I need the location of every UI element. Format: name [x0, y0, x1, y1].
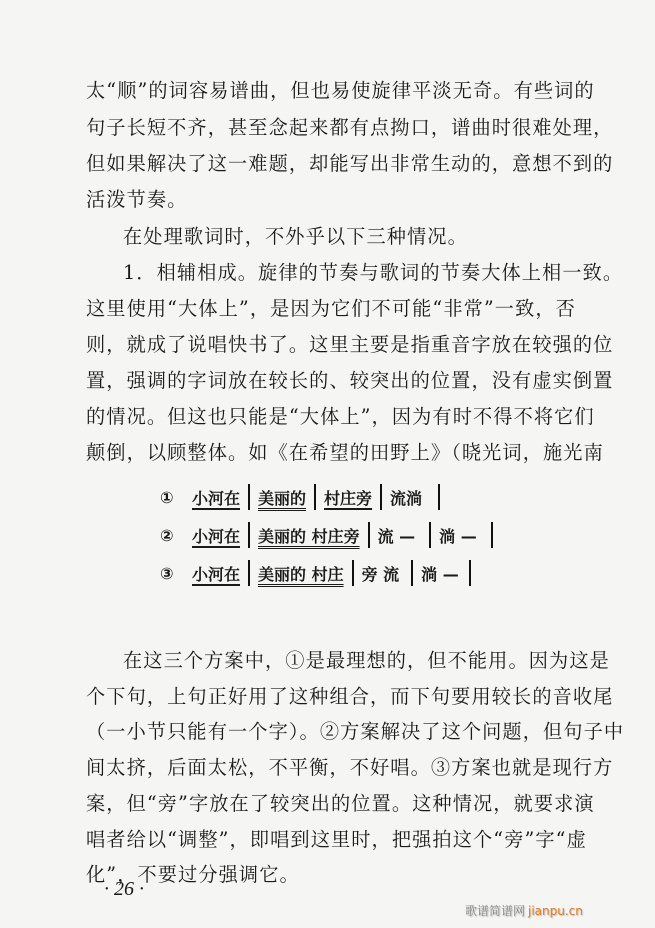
barline — [314, 484, 316, 510]
watermark-en: jianpu.cn — [528, 904, 583, 918]
scheme-3: ③ 小河在 美丽的 村庄 旁 流 淌 — — [160, 558, 475, 588]
bar-text: 小河在 — [192, 527, 240, 546]
text-line: 唱者给以“调整”，即唱到这里时，把强拍这个“旁”字“虚 — [86, 829, 586, 851]
text-line: 个下句，上句正好用了这种组合，而下句要用较长的音收尾 — [86, 686, 586, 708]
text-line: 则，就成了说唱快书了。这里主要是指重音字放在较强的位 — [86, 334, 586, 356]
barline — [380, 484, 382, 510]
scheme-number: ③ — [160, 564, 188, 583]
barline — [248, 560, 250, 586]
barline — [352, 560, 354, 586]
barline — [411, 560, 413, 586]
barline — [438, 484, 440, 510]
text-line: 在这三个方案中，①是最理想的，但不能用。因为这是 — [123, 650, 623, 672]
text-line: 在处理歌词时，不外乎以下三种情况。 — [123, 226, 623, 248]
bar-text: 流淌 — [390, 489, 422, 508]
bar-text: 村庄旁 — [324, 489, 372, 508]
scheme-number: ① — [160, 488, 188, 507]
bar-text: 淌 — — [421, 565, 459, 584]
text-line: 化”，不要过分强调它。 — [86, 864, 586, 886]
scheme-2: ② 小河在 美丽的 村庄旁 流 — 淌 — — [160, 520, 497, 550]
text-line: 太“顺”的词容易谱曲，但也易使旋律平淡无奇。有些词的 — [86, 80, 586, 102]
watermark-cn: 歌谱简谱网 — [465, 904, 525, 918]
watermark: 歌谱简谱网jianpu.cn — [465, 902, 583, 919]
barline — [248, 522, 250, 548]
bar-text: 小河在 — [192, 489, 240, 508]
barline — [429, 522, 431, 548]
text-line: 句子长短不齐，甚至念起来都有点拗口，谱曲时很难处理， — [86, 117, 586, 139]
text-line: 但如果解决了这一难题，却能写出非常生动的，意想不到的 — [86, 153, 586, 175]
text-line: 1．相辅相成。旋律的节奏与歌词的节奏大体上相一致。 — [123, 262, 623, 284]
text-line: 案，但“旁”字放在了较突出的位置。这种情况，就要求演 — [86, 793, 586, 815]
text-line: 活泼节奏。 — [86, 189, 586, 211]
text-line: （一小节只能有一个字）。②方案解决了这个问题，但句子中 — [86, 721, 586, 743]
barline — [248, 484, 250, 510]
text-line: 间太挤，后面太松，不平衡，不好唱。③方案也就是现行方 — [86, 757, 586, 779]
book-page: 太“顺”的词容易谱曲，但也易使旋律平淡无奇。有些词的 句子长短不齐，甚至念起来都… — [0, 0, 655, 928]
bar-text: 美丽的 — [258, 489, 306, 508]
bar-text: 流 — — [378, 527, 416, 546]
text-line: 颠倒，以顾整体。如《在希望的田野上》（晓光词，施光南 — [86, 442, 586, 464]
text-line: 置，强调的字词放在较长的、较突出的位置，没有虚实倒置 — [86, 370, 586, 392]
page-number: · 26 · — [104, 878, 144, 901]
scheme-1: ① 小河在 美丽的 村庄旁 流淌 — [160, 482, 444, 512]
text-line: 的情况。但这也只能是“大体上”，因为有时不得不将它们 — [86, 406, 586, 428]
barline — [368, 522, 370, 548]
barline — [491, 522, 493, 548]
bar-text: 美丽的 村庄旁 — [258, 527, 360, 546]
barline — [469, 560, 471, 586]
scheme-number: ② — [160, 526, 188, 545]
bar-text: 小河在 — [192, 565, 240, 584]
bar-text: 旁 流 — [362, 565, 400, 584]
bar-text: 淌 — — [439, 527, 477, 546]
bar-text: 美丽的 村庄 — [258, 565, 344, 584]
text-line: 这里使用“大体上”，是因为它们不可能“非常”一致，否 — [86, 298, 586, 320]
